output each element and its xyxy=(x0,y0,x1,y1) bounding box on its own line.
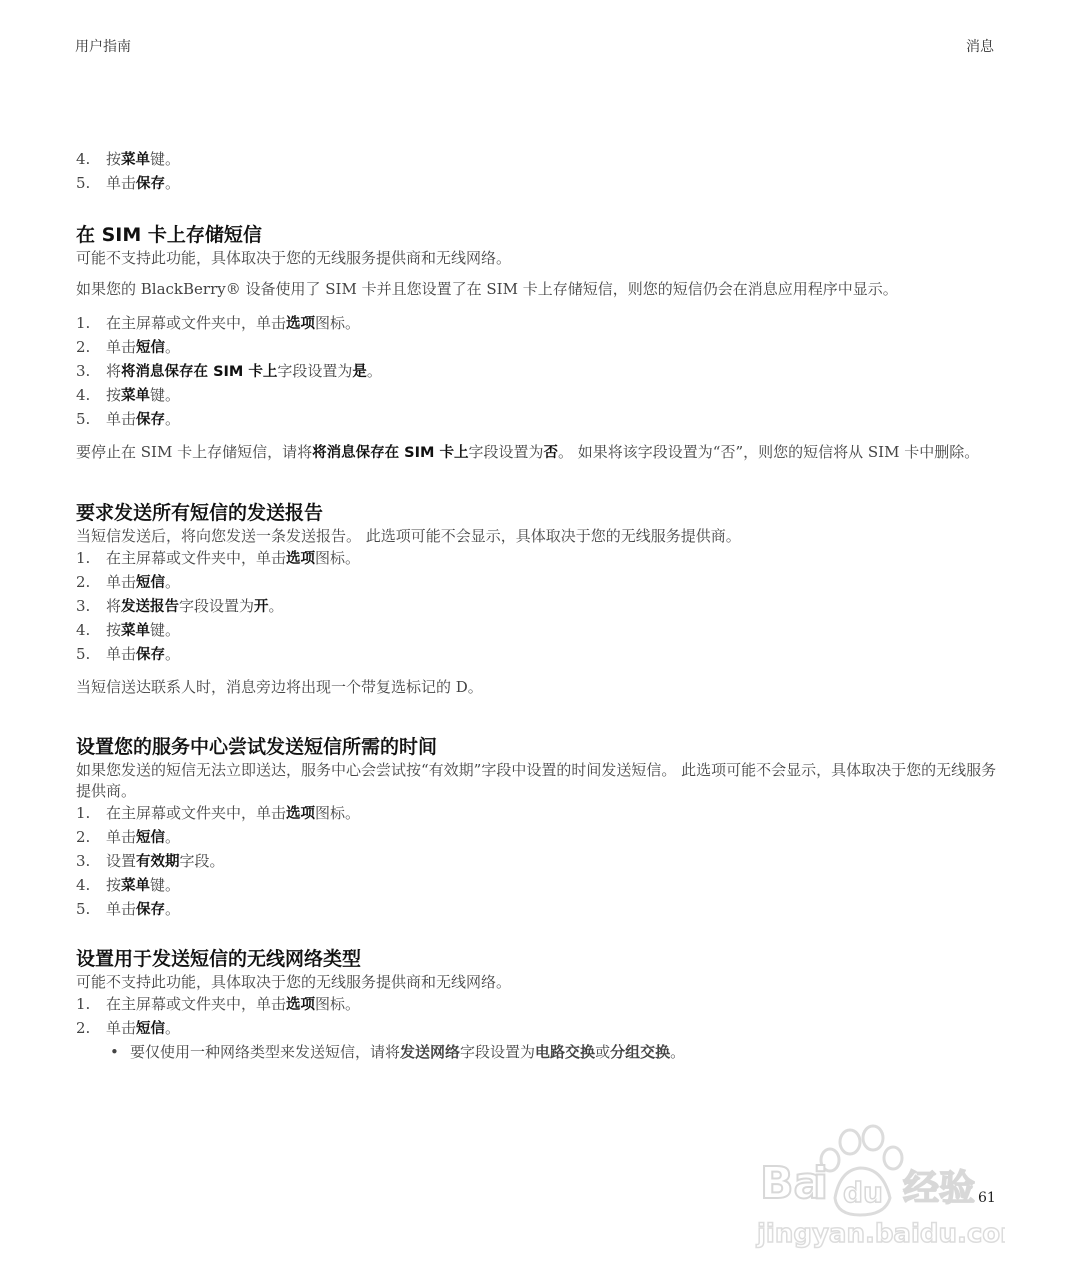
list-item: 5.单击保存。 xyxy=(76,643,1006,667)
steps-list: 1.在主屏幕或文件夹中，单击选项图标。 2.单击短信。 3.将将消息保存在 SI… xyxy=(76,312,1006,432)
list-item: 1.在主屏幕或文件夹中，单击选项图标。 xyxy=(76,802,1006,826)
list-item: 2.单击短信。 xyxy=(76,826,1006,850)
list-item: 2.单击短信。 xyxy=(76,571,1006,595)
svg-text:i: i xyxy=(813,1158,828,1209)
steps-list: 1.在主屏幕或文件夹中，单击选项图标。 2.单击短信。 3.设置有效期字段。 4… xyxy=(76,802,1006,922)
list-item: 1.在主屏幕或文件夹中，单击选项图标。 xyxy=(76,547,1006,571)
list-item: 1.在主屏幕或文件夹中，单击选项图标。 xyxy=(76,312,1006,336)
svg-text:du: du xyxy=(843,1176,883,1209)
section-paragraph: 可能不支持此功能，具体取决于您的无线服务提供商和无线网络。 xyxy=(76,248,1006,269)
bullet-icon: • xyxy=(110,1041,130,1064)
section-heading: 在 SIM 卡上存储短信 xyxy=(76,222,1006,248)
section-paragraph: 当短信发送后，将向您发送一条发送报告。 此选项可能不会显示，具体取决于您的无线服… xyxy=(76,526,1006,547)
list-item: 5.单击保存。 xyxy=(76,408,1006,432)
section-network-type: 设置用于发送短信的无线网络类型 可能不支持此功能，具体取决于您的无线服务提供商和… xyxy=(76,946,1006,1064)
header-doc-title: 用户指南 xyxy=(75,36,131,56)
list-item: 3.将将消息保存在 SIM 卡上字段设置为是。 xyxy=(76,360,1006,384)
section-sim-storage: 在 SIM 卡上存储短信 可能不支持此功能，具体取决于您的无线服务提供商和无线网… xyxy=(76,222,1006,464)
intro-steps: 4. 按菜单键。 5. 单击保存。 xyxy=(76,148,1006,196)
section-paragraph: 如果您的 BlackBerry® 设备使用了 SIM 卡并且您设置了在 SIM … xyxy=(76,279,1006,300)
svg-text:经验: 经验 xyxy=(903,1168,975,1209)
section-note: 要停止在 SIM 卡上存储短信，请将将消息保存在 SIM 卡上字段设置为否。 如… xyxy=(76,442,1006,464)
list-item: 4. 按菜单键。 xyxy=(76,148,1006,172)
list-item: 5.单击保存。 xyxy=(76,898,1006,922)
baidu-watermark: Ba i du 经验 jingyan.baidu.com xyxy=(755,1120,1005,1260)
list-item: 3.将发送报告字段设置为开。 xyxy=(76,595,1006,619)
svg-text:jingyan.baidu.com: jingyan.baidu.com xyxy=(756,1219,1005,1249)
section-paragraph: 可能不支持此功能，具体取决于您的无线服务提供商和无线网络。 xyxy=(76,972,1006,993)
list-item: 4.按菜单键。 xyxy=(76,874,1006,898)
steps-list: 1.在主屏幕或文件夹中，单击选项图标。 2.单击短信。 3.将发送报告字段设置为… xyxy=(76,547,1006,667)
section-heading: 设置用于发送短信的无线网络类型 xyxy=(76,946,1006,972)
list-item: 5. 单击保存。 xyxy=(76,172,1006,196)
running-header: 用户指南 消息 xyxy=(75,36,994,56)
section-note: 当短信送达联系人时，消息旁边将出现一个带复选标记的 D。 xyxy=(76,677,1006,698)
list-item: 4.按菜单键。 xyxy=(76,619,1006,643)
list-item: 2.单击短信。 xyxy=(76,336,1006,360)
page-content: 4. 按菜单键。 5. 单击保存。 在 SIM 卡上存储短信 可能不支持此功能，… xyxy=(76,148,1006,1064)
list-item: 2.单击短信。 xyxy=(76,1017,1006,1041)
bullet-item: • 要仅使用一种网络类型来发送短信，请将发送网络字段设置为电路交换或分组交换。 xyxy=(76,1041,1006,1064)
baidu-paw-logo-icon: Ba i du 经验 jingyan.baidu.com xyxy=(755,1120,1005,1260)
list-item: 1.在主屏幕或文件夹中，单击选项图标。 xyxy=(76,993,1006,1017)
header-chapter-title: 消息 xyxy=(966,36,994,56)
section-heading: 设置您的服务中心尝试发送短信所需的时间 xyxy=(76,734,1006,760)
page-number: 61 xyxy=(978,1190,996,1206)
section-delivery-report: 要求发送所有短信的发送报告 当短信发送后，将向您发送一条发送报告。 此选项可能不… xyxy=(76,500,1006,698)
steps-list: 1.在主屏幕或文件夹中，单击选项图标。 2.单击短信。 • 要仅使用一种网络类型… xyxy=(76,993,1006,1064)
section-validity-period: 设置您的服务中心尝试发送短信所需的时间 如果您发送的短信无法立即送达，服务中心会… xyxy=(76,734,1006,922)
section-paragraph: 如果您发送的短信无法立即送达，服务中心会尝试按“有效期”字段中设置的时间发送短信… xyxy=(76,760,1006,802)
section-heading: 要求发送所有短信的发送报告 xyxy=(76,500,1006,526)
list-item: 4.按菜单键。 xyxy=(76,384,1006,408)
list-item: 3.设置有效期字段。 xyxy=(76,850,1006,874)
